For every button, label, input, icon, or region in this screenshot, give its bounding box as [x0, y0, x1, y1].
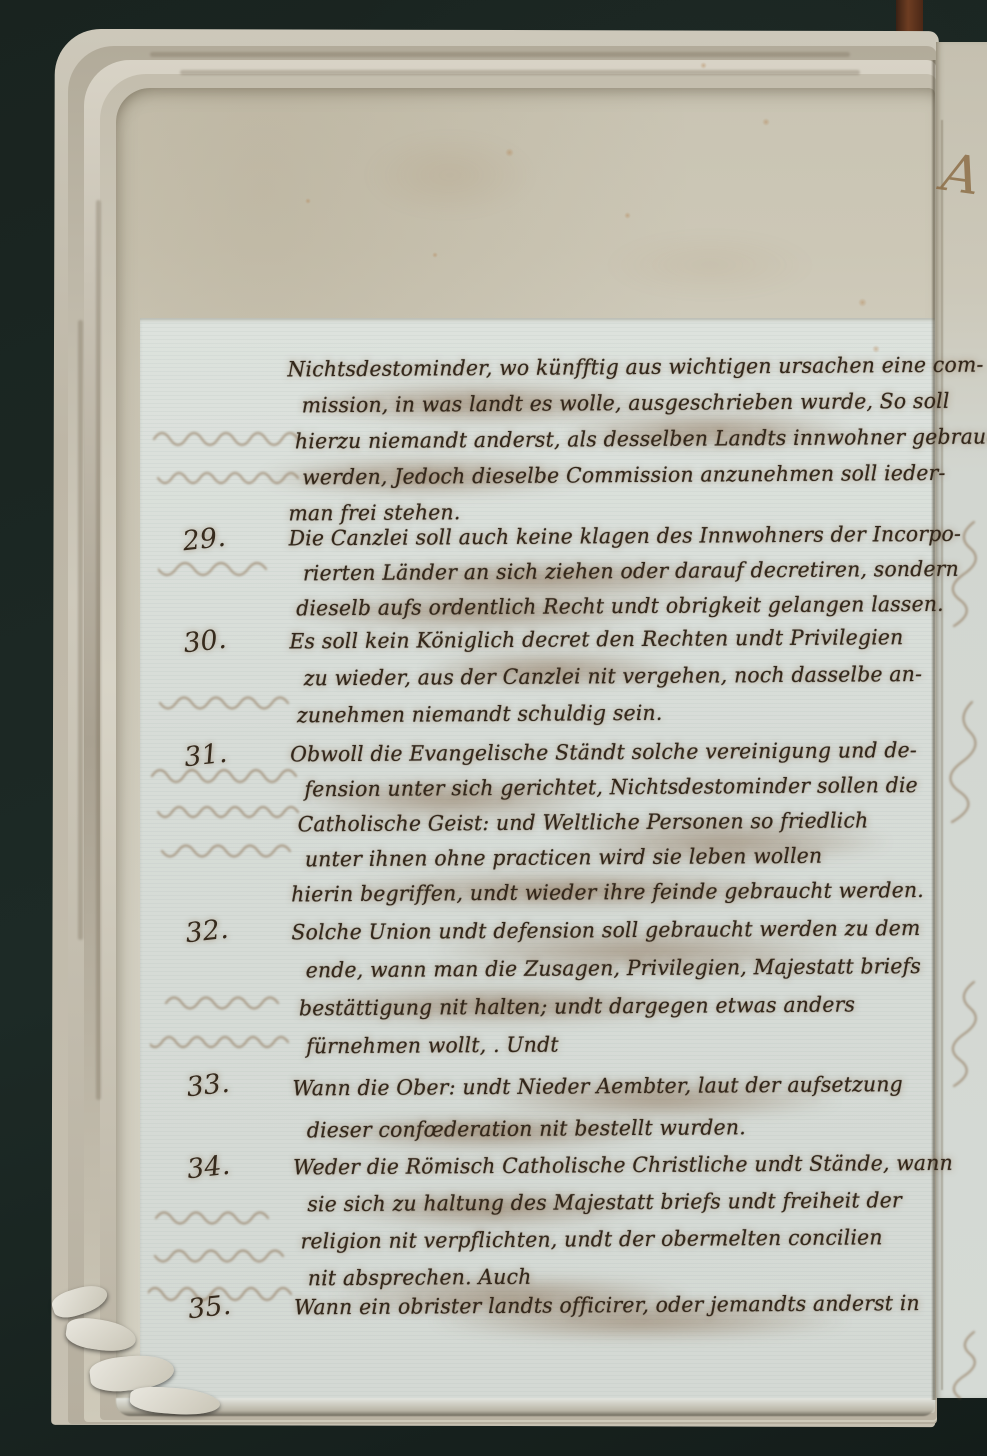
- manuscript-line: dieser confœderation nit bestellt wurden…: [307, 1105, 922, 1151]
- manuscript-line: fürnehmen wollt, . Undt: [306, 1023, 921, 1065]
- manuscript-line: Wann ein obrister landts officirer, oder…: [294, 1285, 923, 1325]
- manuscript-line: Die Canzlei soll auch keine klagen des I…: [289, 517, 918, 556]
- manuscript-line: Catholische Geist: und Weltliche Persone…: [298, 803, 920, 842]
- manuscript-line: Weder die Römisch Catholische Christlich…: [293, 1145, 922, 1186]
- manuscript-paragraph: 35.Wann ein obrister landts officirer, o…: [182, 1285, 942, 1326]
- paragraph-lines: Es soll kein Königlich decret den Rechte…: [289, 619, 938, 735]
- manuscript-line: werden, Jedoch dieselbe Commission anzun…: [302, 455, 917, 495]
- manuscript-paragraph: 29.Die Canzlei soll auch keine klagen de…: [177, 517, 938, 627]
- paragraph-lines: Obwoll die Evangelische Ständt solche ve…: [290, 733, 939, 913]
- margin-number: 34.: [185, 1150, 231, 1186]
- manuscript-paragraph: 32.Solche Union undt defension soll gebr…: [179, 909, 940, 1066]
- paragraph-lines: Solche Union undt defension soll gebrauc…: [291, 909, 940, 1066]
- manuscript-paragraph: 31.Obwoll die Evangelische Ständt solche…: [178, 733, 939, 913]
- paragraph-lines: Nichtsdestominder, wo künfftig aus wicht…: [287, 347, 936, 532]
- manuscript-paragraph: 30.Es soll kein Königlich decret den Rec…: [177, 619, 938, 735]
- manuscript-line: unter ihnen ohne practicen wird sie lebe…: [305, 838, 920, 877]
- paragraph-lines: Wann ein obrister landts officirer, oder…: [294, 1285, 942, 1326]
- paragraph-lines: Wann die Ober: undt Nieder Aembter, laut…: [292, 1063, 941, 1152]
- manuscript-line: hierzu niemandt anderst, als desselben L…: [295, 419, 917, 459]
- paragraph-lines: Die Canzlei soll auch keine klagen des I…: [289, 517, 938, 627]
- manuscript-line: sie sich zu haltung des Majestatt briefs…: [307, 1182, 922, 1223]
- margin-number: 29.: [181, 522, 227, 558]
- manuscript-line: Nichtsdestominder, wo künfftig aus wicht…: [287, 347, 916, 387]
- manuscript-paragraph: 33.Wann die Ober: undt Nieder Aembter, l…: [180, 1063, 941, 1152]
- margin-number: 35.: [186, 1290, 232, 1326]
- manuscript-line: rierten Länder an sich ziehen oder darau…: [303, 552, 918, 591]
- manuscript-line: mission, in was landt es wolle, ausgesch…: [302, 383, 917, 423]
- manuscript-line: Solche Union undt defension soll gebrauc…: [291, 909, 920, 951]
- manuscript-line: Es soll kein Königlich decret den Rechte…: [289, 619, 918, 660]
- manuscript-paragraph: 34.Weder die Römisch Catholische Christl…: [181, 1145, 942, 1298]
- manuscript-line: zu wieder, aus der Canzlei nit vergehen,…: [304, 656, 919, 697]
- manuscript-line: religion nit verpflichten, undt der ober…: [300, 1219, 922, 1260]
- margin-number: 33.: [185, 1068, 231, 1104]
- manuscript-text-layer: Nichtsdestominder, wo künfftig aus wicht…: [0, 0, 987, 1456]
- manuscript-line: fension unter sich gerichtet, Nichtsdest…: [304, 768, 919, 807]
- manuscript-paragraph: Nichtsdestominder, wo künfftig aus wicht…: [175, 347, 936, 532]
- margin-number: 31.: [183, 738, 229, 774]
- margin-number: 32.: [184, 914, 230, 950]
- manuscript-line: bestättigung nit halten; undt dargegen e…: [299, 985, 921, 1027]
- manuscript-line: ende, wann man die Zusagen, Privilegien,…: [306, 947, 921, 989]
- manuscript-line: zunehmen niemandt schuldig sein.: [297, 693, 919, 734]
- margin-number: 30.: [182, 624, 228, 660]
- manuscript-line: Obwoll die Evangelische Ständt solche ve…: [290, 733, 919, 772]
- manuscript-line: hierin begriffen, undt wieder ihre feind…: [291, 873, 920, 912]
- manuscript-line: Wann die Ober: undt Nieder Aembter, laut…: [292, 1063, 921, 1109]
- paragraph-lines: Weder die Römisch Catholische Christlich…: [293, 1145, 942, 1298]
